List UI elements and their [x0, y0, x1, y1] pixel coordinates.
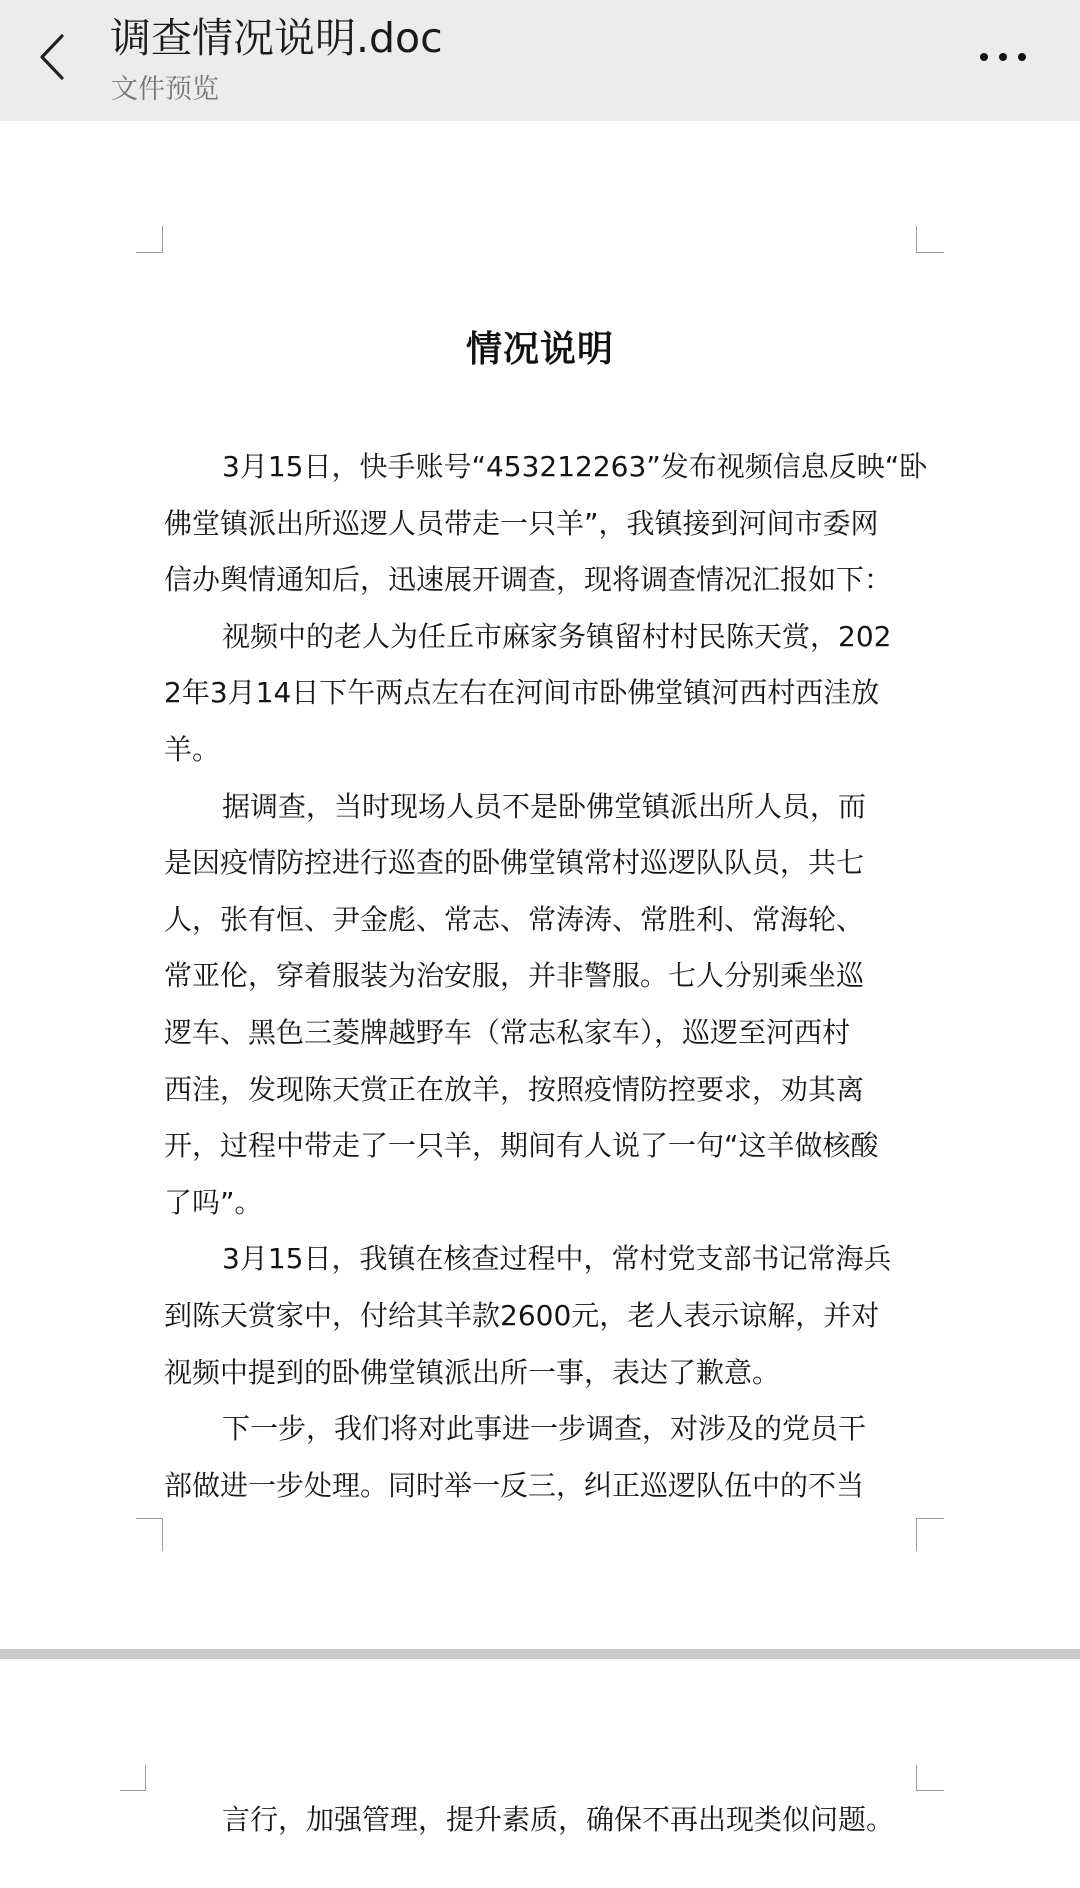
- document-body-line: 开，过程中带走了一只羊，期间有人说了一句“这羊做核酸: [164, 1118, 924, 1175]
- document-body-line: 2年3月14日下午两点左右在河间市卧佛堂镇河西村西洼放: [164, 665, 924, 722]
- more-horizontal-icon: [980, 53, 988, 61]
- document-body-line: 人，张有恒、尹金彪、常志、常涛涛、常胜利、常海轮、: [164, 892, 924, 949]
- page-margin-corner-mark: [136, 226, 163, 253]
- more-horizontal-icon: [1018, 53, 1026, 61]
- more-horizontal-icon: [999, 53, 1007, 61]
- document-body-line: 3月15日，快手账号“453212263”发布视频信息反映“卧: [164, 439, 924, 496]
- document-body-line: 信办舆情通知后，迅速展开调查，现将调查情况汇报如下：: [164, 552, 924, 609]
- document-body-line: 西洼，发现陈天赏正在放羊，按照疫情防控要求，劝其离: [164, 1062, 924, 1119]
- page-margin-corner-mark: [916, 1765, 944, 1791]
- document-body-line: 羊。: [164, 722, 924, 779]
- document-body-line: 逻车、黑色三菱牌越野车（常志私家车），巡逻至河西村: [164, 1005, 924, 1062]
- document-body-line: 据调查，当时现场人员不是卧佛堂镇派出所人员，而: [164, 779, 924, 836]
- document-body-line: 3月15日，我镇在核查过程中，常村党支部书记常海兵: [164, 1231, 924, 1288]
- file-title: 调查情况说明.doc: [110, 12, 443, 64]
- document-body-line: 下一步，我们将对此事进一步调查，对涉及的党员干: [164, 1401, 924, 1458]
- document-body-line: 是因疫情防控进行巡查的卧佛堂镇常村巡逻队队员，共七: [164, 835, 924, 892]
- document-body-line: 到陈天赏家中，付给其羊款2600元，老人表示谅解，并对: [164, 1288, 924, 1345]
- document-body-line: 佛堂镇派出所巡逻人员带走一只羊”，我镇接到河间市委网: [164, 496, 924, 553]
- page-margin-corner-mark: [136, 1518, 163, 1551]
- page-margin-corner-mark: [916, 1518, 944, 1551]
- document-body-line: 视频中的老人为任丘市麻家务镇留村村民陈天赏，202: [164, 609, 924, 666]
- file-preview-subtitle: 文件预览: [111, 70, 219, 110]
- back-button[interactable]: [28, 26, 78, 88]
- document-body-line: 常亚伦，穿着服装为治安服，并非警服。七人分别乘坐巡: [164, 948, 924, 1005]
- document-body-line: 部做进一步处理。同时举一反三，纠正巡逻队伍中的不当: [164, 1458, 924, 1515]
- document-body-line: 了吗”。: [164, 1175, 924, 1232]
- page-separator: [0, 1649, 1080, 1659]
- page-margin-corner-mark: [120, 1765, 146, 1791]
- page-margin-corner-mark: [916, 226, 944, 253]
- document-heading: 情况说明: [0, 325, 1080, 375]
- app-header: 调查情况说明.doc 文件预览: [0, 0, 1080, 121]
- document-body: 3月15日，快手账号“453212263”发布视频信息反映“卧佛堂镇派出所巡逻人…: [164, 439, 924, 1514]
- document-body-line: 视频中提到的卧佛堂镇派出所一事，表达了歉意。: [164, 1345, 924, 1402]
- document-body-line: 言行，加强管理，提升素质，确保不再出现类似问题。: [222, 1792, 894, 1848]
- chevron-left-icon: [28, 26, 78, 88]
- more-options-button[interactable]: [970, 40, 1036, 74]
